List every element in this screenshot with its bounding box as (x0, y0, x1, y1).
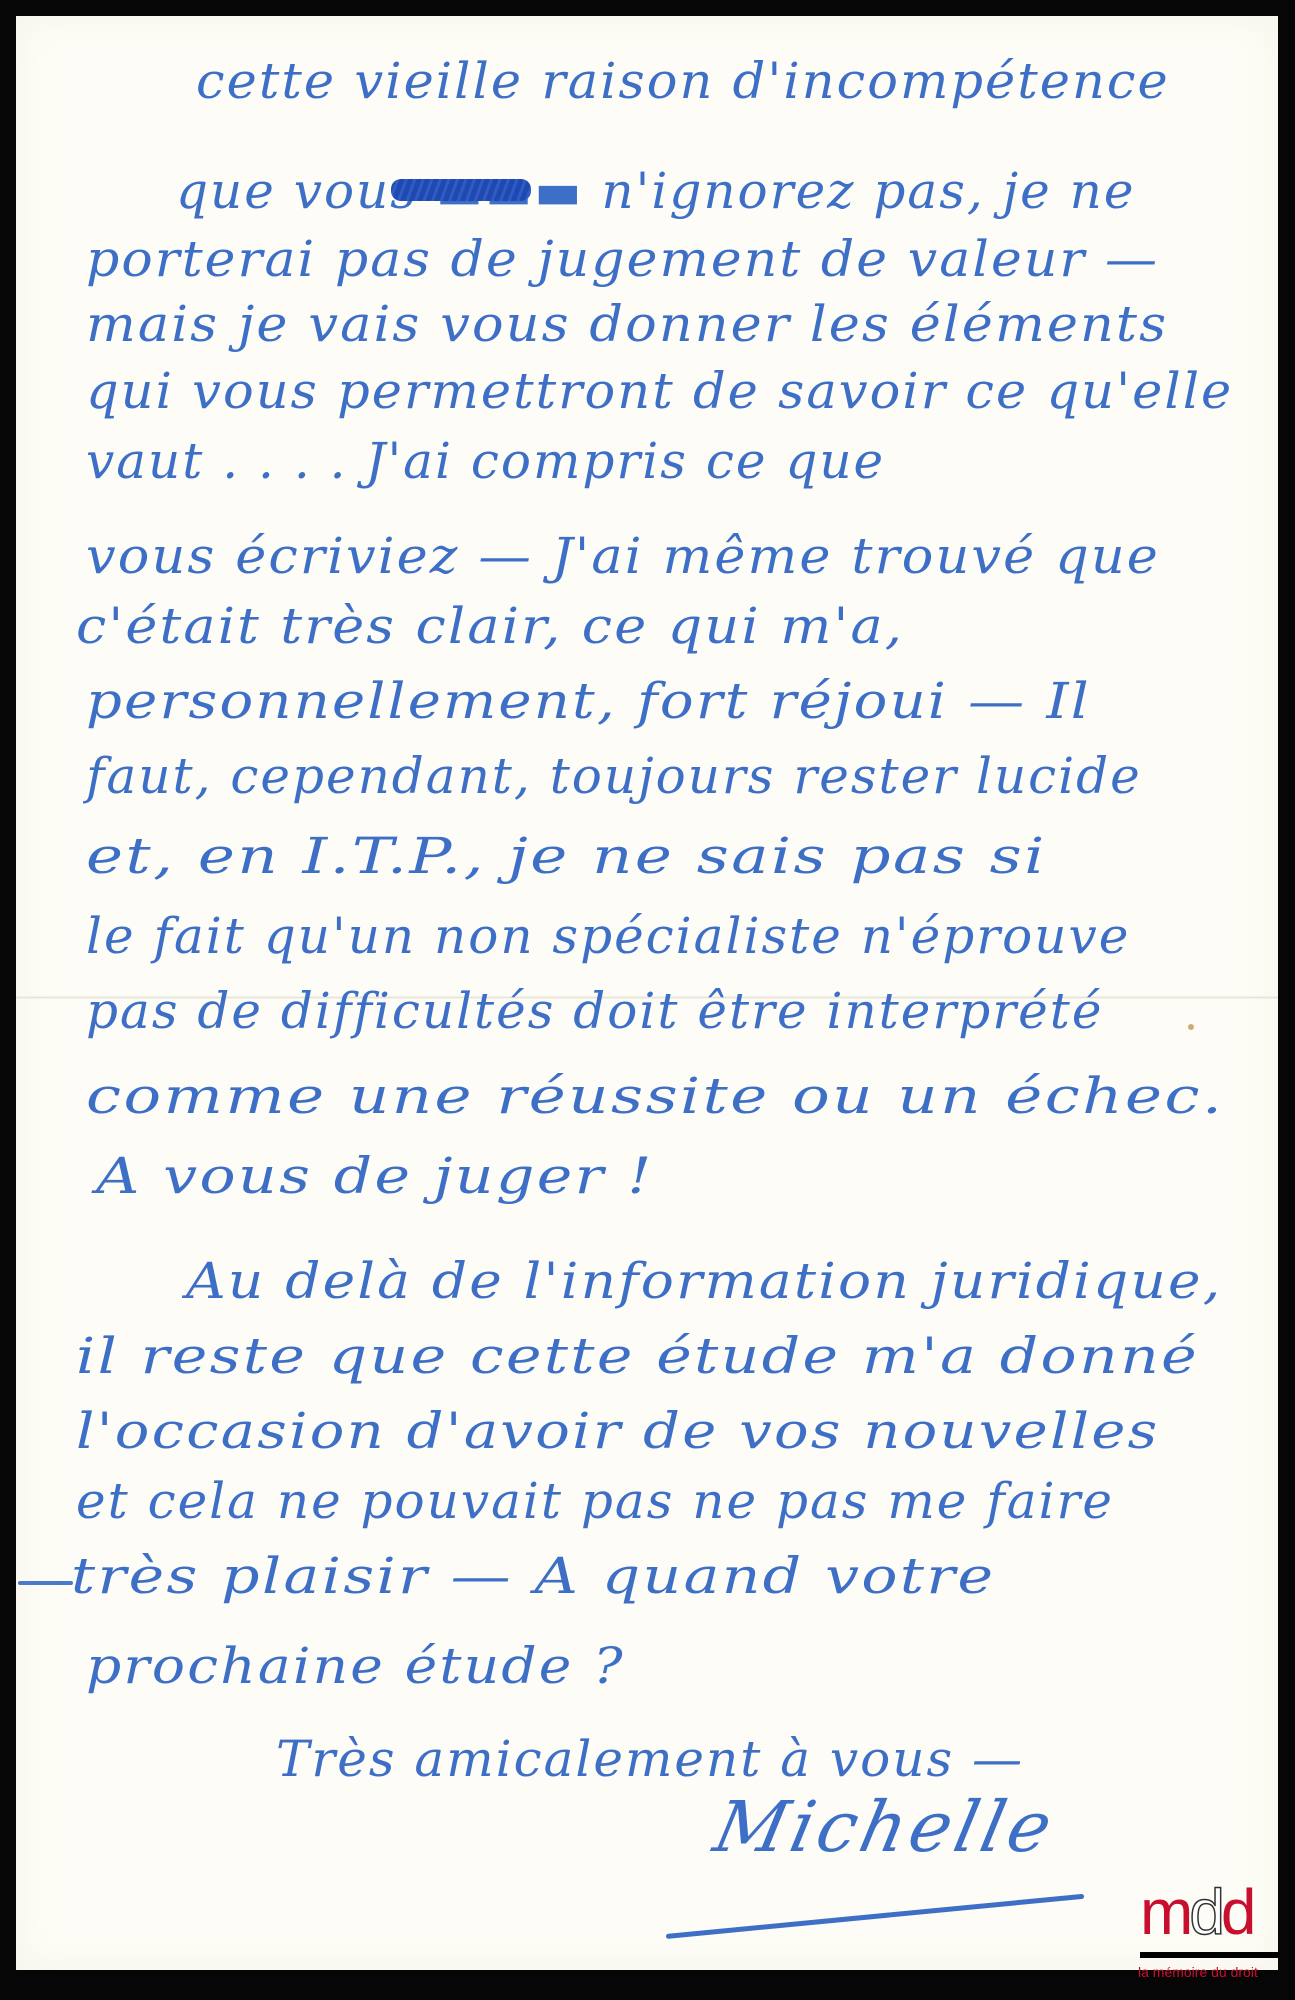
letter-line-16: Au delà de l'information juridique, (186, 1256, 1222, 1306)
letter-line-3: porterai pas de jugement de valeur — (86, 234, 1159, 284)
letter-line-2: que vous ▬▬▬ n'ignorez pas, je ne (176, 166, 1135, 216)
letter-body: cette vieille raison d'incompétence que … (16, 16, 1278, 1970)
logo-tagline: la mémoire du droit (1138, 1964, 1258, 1980)
margin-dash (18, 1581, 73, 1585)
letter-line-4: mais je vais vous donner les éléments (86, 299, 1168, 349)
signature: Michelle (707, 1786, 1062, 1868)
letter-page: cette vieille raison d'incompétence que … (16, 16, 1278, 1970)
letter-closing: Très amicalement à vous — (276, 1734, 1024, 1784)
letter-line-19: et cela ne pouvait pas ne pas me faire (76, 1476, 1114, 1526)
crossed-out-word (391, 179, 531, 201)
letter-line-17: il reste que cette étude m'a donné (76, 1331, 1199, 1381)
mdd-watermark-logo: mdd la mémoire du droit (1138, 1880, 1288, 1995)
letter-line-21: prochaine étude ? (86, 1641, 625, 1691)
letter-line-9: personnellement, fort réjoui — Il (86, 676, 1091, 726)
letter-line-13: pas de difficultés doit être interprété (86, 986, 1103, 1036)
letter-line-20: très plaisir — A quand votre (71, 1551, 995, 1601)
letter-line-14: comme une réussite ou un échec. (86, 1071, 1224, 1121)
letter-line-10: faut, cependant, toujours rester lucide (86, 751, 1142, 801)
letter-line-8: c'était très clair, ce qui m'a, (76, 601, 904, 651)
logo-letter-d-hollow: d (1189, 1876, 1221, 1948)
letter-line-6: vaut . . . . J'ai compris ce que (86, 436, 885, 486)
letter-line-2-text: que vous ▬▬▬ n'ignorez pas, je ne (176, 162, 1135, 220)
logo-divider (1140, 1952, 1280, 1958)
letter-line-7: vous écriviez — J'ai même trouvé que (86, 531, 1160, 581)
letter-line-5: qui vous permettront de savoir ce qu'ell… (86, 366, 1233, 416)
mdd-logo-mark: mdd (1140, 1880, 1253, 1944)
logo-letter-m: m (1140, 1876, 1189, 1948)
letter-line-18: l'occasion d'avoir de vos nouvelles (76, 1406, 1159, 1456)
letter-line-15: A vous de juger ! (96, 1151, 654, 1201)
logo-letter-d: d (1221, 1876, 1253, 1948)
letter-line-11: et, en I.T.P., je ne sais pas si (86, 831, 1047, 881)
letter-line-12: le fait qu'un non spécialiste n'éprouve (86, 911, 1130, 961)
letter-line-1: cette vieille raison d'incompétence (196, 56, 1170, 106)
